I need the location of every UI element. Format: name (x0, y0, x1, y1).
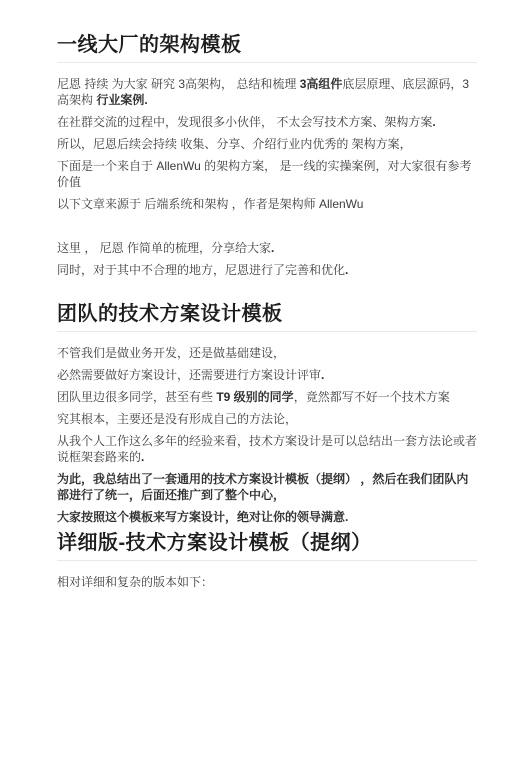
text-run: 下面是一个来自于 AllenWu 的架构方案， 是一线的实操案例，对大家很有参考… (57, 159, 471, 189)
bold-text-run: 3高组件 (300, 77, 343, 91)
paragraph: 同时，对于其中不合理的地方，尼恩进行了完善和优化. (57, 262, 477, 278)
text-run: 在社群交流的过程中，发现很多小伙伴， 不太会写技术方案、架构方案 (57, 115, 432, 129)
paragraph: 究其根本，主要还是没有形成自己的方法论， (57, 411, 477, 427)
text-run: 不管我们是做业务开发，还是做基础建设， (57, 346, 285, 360)
section-frontline-architecture-template: 一线大厂的架构模板 尼恩 持续 为大家 研究 3高架构， 总结和梳理 3高组件底… (57, 33, 477, 278)
section-paragraphs: 不管我们是做业务开发，还是做基础建设，必然需要做好方案设计，还需要进行方案设计评… (57, 345, 477, 525)
paragraph: 这里 ， 尼恩 作简单的梳理，分享给大家. (57, 240, 477, 256)
text-run: 相对详细和复杂的版本如下： (57, 575, 213, 589)
text-run: 所以，尼恩后续会持续 收集、分享、介绍行业内优秀的 架构方案， (57, 137, 412, 151)
paragraph: 以下文章来源于 后端系统和架构 ，作者是架构师 AllenWu (57, 196, 477, 212)
bold-text-run: . (432, 115, 435, 129)
bold-text-run: . (141, 450, 144, 464)
text-run: 以下文章来源于 后端系统和架构 ，作者是架构师 AllenWu (57, 197, 363, 211)
section-paragraphs: 尼恩 持续 为大家 研究 3高架构， 总结和梳理 3高组件底层原理、底层源码，3… (57, 76, 477, 278)
section-heading-detailed-version-outline: 详细版-技术方案设计模板（提纲） (57, 531, 477, 561)
paragraph: 为此，我总结出了一套通用的技术方案设计模板（提纲） ，然后在我们团队内部进行了统… (57, 471, 477, 503)
paragraph: 相对详细和复杂的版本如下： (57, 574, 477, 590)
section-heading-frontline-architecture-template: 一线大厂的架构模板 (57, 33, 477, 63)
bold-text-run: . (345, 263, 348, 277)
section-heading-team-tech-design-template: 团队的技术方案设计模板 (57, 302, 477, 332)
paragraph: 不管我们是做业务开发，还是做基础建设， (57, 345, 477, 361)
article-page: 一线大厂的架构模板 尼恩 持续 为大家 研究 3高架构， 总结和梳理 3高组件底… (0, 0, 525, 784)
bold-text-run: 大家按照这个模板来写方案设计，绝对让你的领导满意. (57, 510, 348, 524)
bold-text-run: 行业案例. (96, 93, 147, 107)
text-run: 尼恩 持续 为大家 研究 3高架构， 总结和梳理 (57, 77, 300, 91)
paragraph: 从我个人工作这么多年的经验来看，技术方案设计是可以总结出一套方法论或者说框架套路… (57, 433, 477, 465)
text-run: 同时，对于其中不合理的地方，尼恩进行了完善和优化 (57, 263, 345, 277)
paragraph: 在社群交流的过程中，发现很多小伙伴， 不太会写技术方案、架构方案. (57, 114, 477, 130)
paragraph: 尼恩 持续 为大家 研究 3高架构， 总结和梳理 3高组件底层原理、底层源码，3… (57, 76, 477, 108)
paragraph: 所以，尼恩后续会持续 收集、分享、介绍行业内优秀的 架构方案， (57, 136, 477, 152)
text-run: 这里 ， 尼恩 作简单的梳理，分享给大家 (57, 241, 271, 255)
text-run: 究其根本，主要还是没有形成自己的方法论， (57, 412, 297, 426)
section-paragraphs: 相对详细和复杂的版本如下： (57, 574, 477, 590)
text-run: 团队里边很多同学，甚至有些 (57, 390, 216, 404)
paragraph: 团队里边很多同学，甚至有些 T9 级别的同学，竟然都写不好一个技术方案 (57, 389, 477, 405)
article-content: 一线大厂的架构模板 尼恩 持续 为大家 研究 3高架构， 总结和梳理 3高组件底… (0, 0, 525, 590)
paragraph: 下面是一个来自于 AllenWu 的架构方案， 是一线的实操案例，对大家很有参考… (57, 158, 477, 190)
section-team-tech-design-template: 团队的技术方案设计模板 不管我们是做业务开发，还是做基础建设，必然需要做好方案设… (57, 302, 477, 525)
text-run: 从我个人工作这么多年的经验来看，技术方案设计是可以总结出一套方法论或者说框架套路… (57, 434, 477, 464)
text-run: ，竟然都写不好一个技术方案 (294, 390, 450, 404)
bold-text-run: T9 级别的同学 (216, 390, 293, 404)
paragraph: 大家按照这个模板来写方案设计，绝对让你的领导满意. (57, 509, 477, 525)
bold-text-run: . (271, 241, 274, 255)
bold-text-run: 为此，我总结出了一套通用的技术方案设计模板（提纲） ，然后在我们团队内部进行了统… (57, 472, 468, 502)
text-run: 必然需要做好方案设计，还需要进行方案设计评审 (57, 368, 321, 382)
empty-paragraph (57, 218, 477, 234)
bold-text-run: . (321, 368, 324, 382)
section-detailed-version-outline: 详细版-技术方案设计模板（提纲） 相对详细和复杂的版本如下： (57, 531, 477, 590)
paragraph: 必然需要做好方案设计，还需要进行方案设计评审. (57, 367, 477, 383)
